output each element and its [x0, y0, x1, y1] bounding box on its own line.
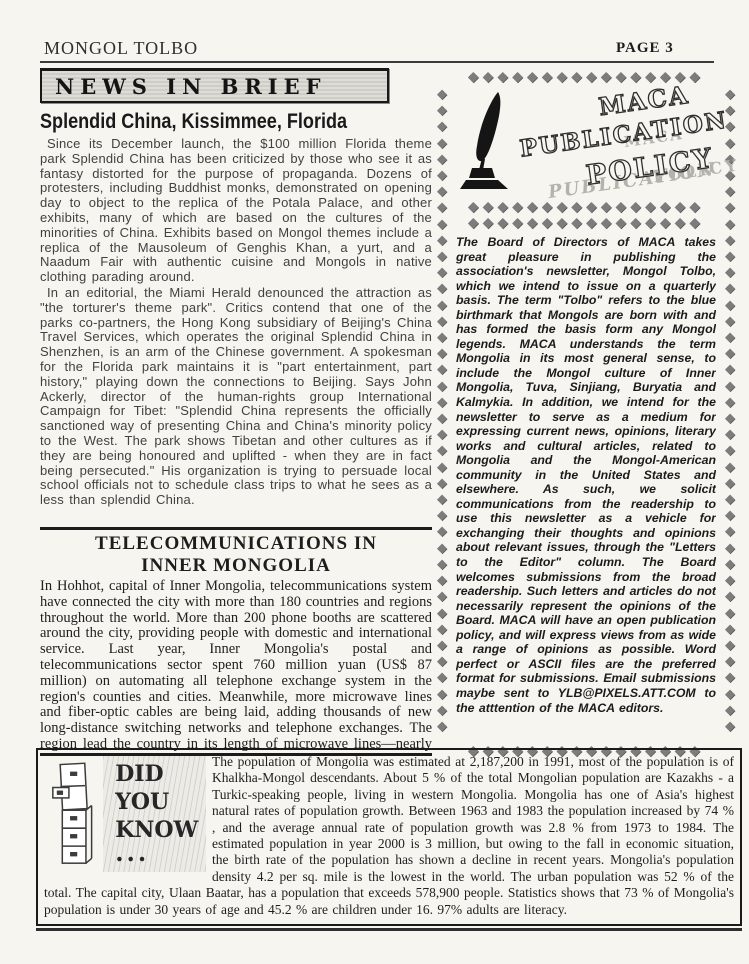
masthead-title: MONGOL TOLBO: [44, 38, 198, 59]
diamond-separator-row: ◆◆◆◆◆◆◆◆◆◆◆◆◆◆◆◆: [456, 200, 716, 216]
article-title: Splendid China, Kissimmee, Florida: [40, 110, 377, 134]
did-you-know-label: DID YOU KNOW ...: [103, 756, 206, 872]
newsletter-page: MONGOL TOLBO PAGE 3 NEWS IN BRIEF Splend…: [0, 0, 749, 964]
article-paragraph: Since its December launch, the $100 mill…: [40, 137, 432, 285]
header-divider: [40, 61, 714, 63]
did-you-know-word: YOU: [115, 788, 206, 816]
section-divider: [40, 527, 432, 530]
telecom-heading-line2: INNER MONGOLIA: [40, 555, 432, 577]
article-body: Since its December launch, the $100 mill…: [40, 137, 432, 525]
article-paragraph: In an editorial, the Miami Herald denoun…: [40, 286, 432, 508]
policy-paragraph: The Board of Directors of MACA takes gre…: [456, 235, 716, 744]
did-you-know-label-area: DID YOU KNOW ...: [44, 756, 206, 872]
left-column: NEWS IN BRIEF Splendid China, Kissimmee,…: [40, 68, 432, 758]
ellipsis-dots: ...: [115, 844, 206, 862]
diamond-border-right: ◆ ◆ ◆ ◆ ◆ ◆ ◆ ◆ ◆ ◆ ◆ ◆ ◆ ◆ ◆ ◆ ◆ ◆ ◆ ◆ …: [722, 86, 738, 734]
diamond-separator-row: ◆◆◆◆◆◆◆◆◆◆◆◆◆◆◆◆: [456, 216, 716, 232]
did-you-know-word: DID: [115, 760, 206, 788]
page-bottom-rule: [36, 928, 742, 931]
file-cabinet-icon: [50, 758, 99, 870]
telecom-heading-line1: TELECOMMUNICATIONS IN: [40, 533, 432, 555]
quill-inkwell-icon: [458, 90, 516, 194]
policy-logo: MACA PUBLICATION POLICY MACA PUBLICATION…: [456, 86, 716, 200]
telecom-heading: TELECOMMUNICATIONS IN INNER MONGOLIA: [40, 533, 432, 577]
diamond-border-left: ◆ ◆ ◆ ◆ ◆ ◆ ◆ ◆ ◆ ◆ ◆ ◆ ◆ ◆ ◆ ◆ ◆ ◆ ◆ ◆ …: [434, 86, 450, 734]
publication-policy-box: ◆◆◆◆◆◆◆◆◆◆◆◆◆◆◆◆ ◆ ◆ ◆ ◆ ◆ ◆ ◆ ◆ ◆ ◆ ◆ ◆…: [436, 70, 736, 746]
telecom-paragraph: In Hohhot, capital of Inner Mongolia, te…: [40, 579, 432, 751]
policy-logo-words: MACA PUBLICATION POLICY MACA PUBLICATION…: [513, 75, 722, 209]
policy-content: MACA PUBLICATION POLICY MACA PUBLICATION…: [456, 86, 716, 760]
page-number: PAGE 3: [616, 40, 674, 57]
news-in-brief-banner: NEWS IN BRIEF: [40, 68, 389, 103]
did-you-know-box: DID YOU KNOW ... The population of Mongo…: [36, 748, 742, 926]
